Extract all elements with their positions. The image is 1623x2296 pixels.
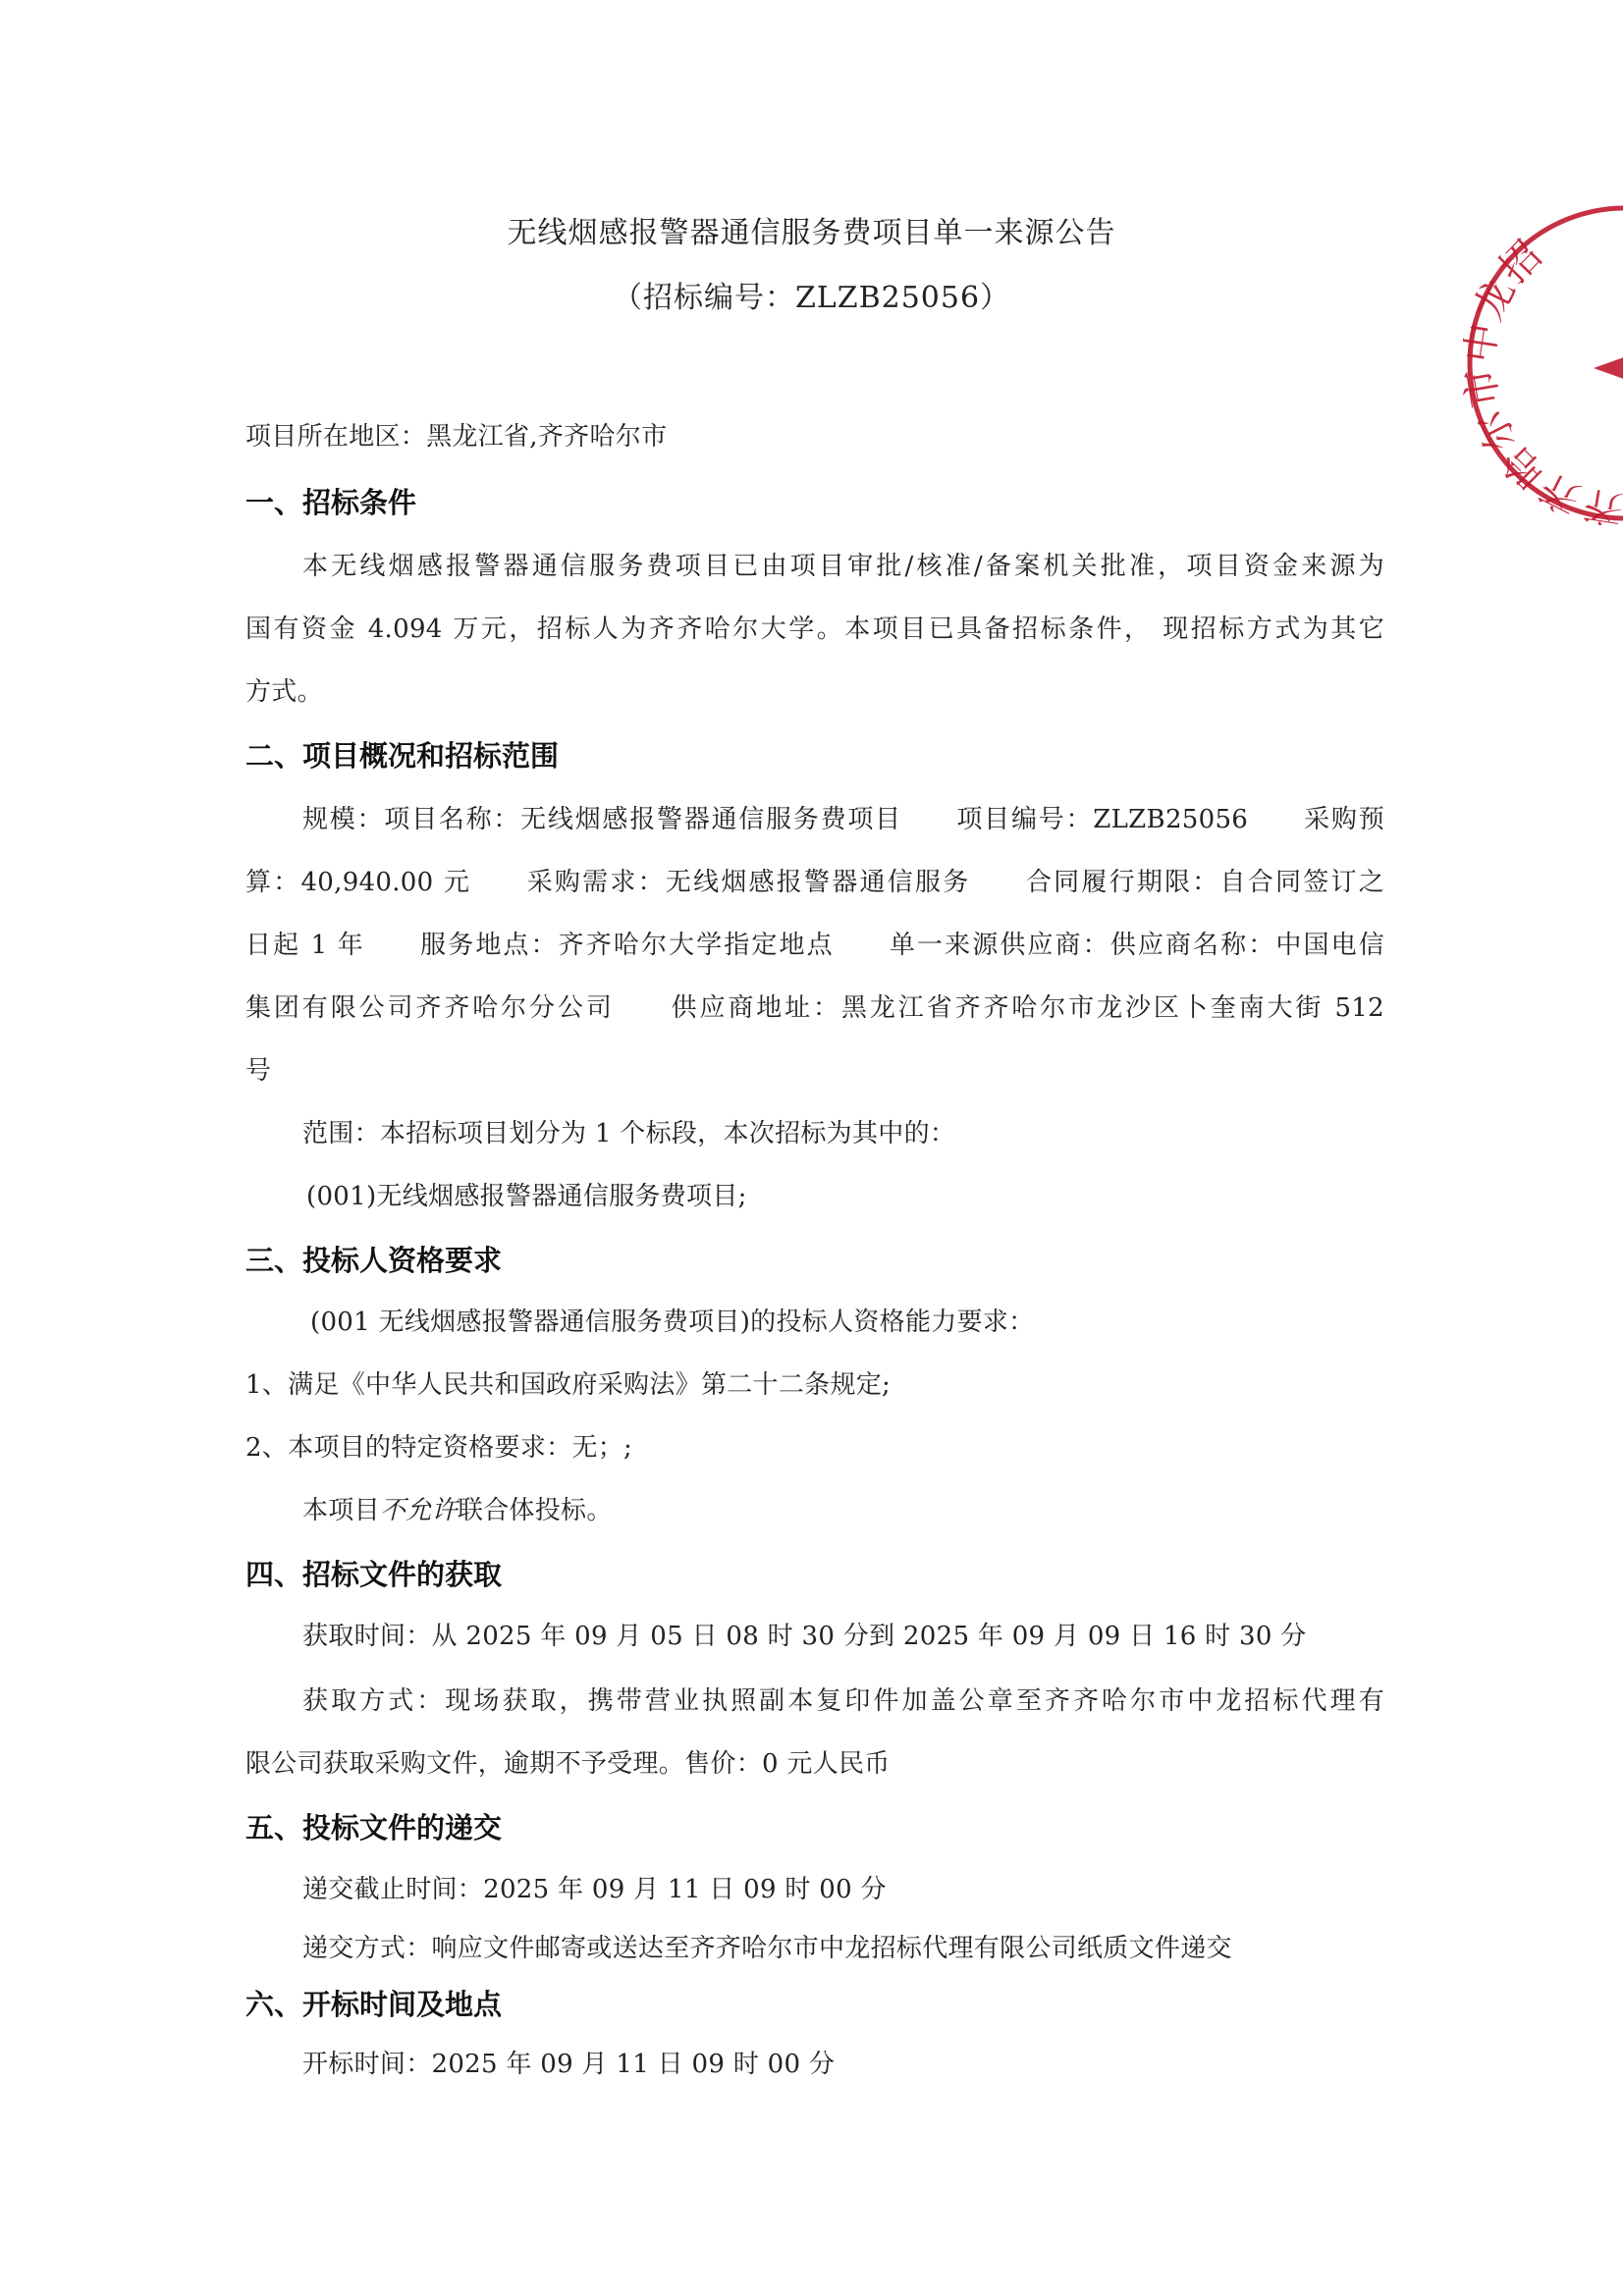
section-1-line-3: 方式。 <box>245 675 1384 709</box>
section-2-line-5: 号 <box>245 1054 1384 1088</box>
section-5-line-2: 递交方式：响应文件邮寄或送达至齐齐哈尔市中龙招标代理有限公司纸质文件递交 <box>302 1932 1441 1965</box>
svg-text:齐齐哈尔市中龙招: 齐齐哈尔市中龙招 <box>1463 232 1623 525</box>
section-2-line-1: 规模：项目名称：无线烟感报警器通信服务费项目 项目编号：ZLZB25056 采购… <box>302 803 1384 836</box>
section-3-line-3: 2、本项目的特定资格要求：无；; <box>245 1431 1384 1465</box>
consortium-suffix: 联合体投标。 <box>458 1496 613 1525</box>
official-seal-icon: 齐齐哈尔市中龙招 <box>1463 201 1623 525</box>
section-1-line-1: 本无线烟感报警器通信服务费项目已由项目审批/核准/备案机关批准，项目资金来源为 <box>302 550 1384 583</box>
section-3-line-2: 1、满足《中华人民共和国政府采购法》第二十二条规定; <box>245 1368 1384 1402</box>
section-heading-6: 六、开标时间及地点 <box>245 1987 502 2022</box>
section-2-line-3: 日起 1 年 服务地点：齐齐哈尔大学指定地点 单一来源供应商：供应商名称：中国电… <box>245 929 1384 962</box>
project-region: 项目所在地区：黑龙江省,齐齐哈尔市 <box>245 420 1384 454</box>
section-5-line-1: 递交截止时间：2025 年 09 月 11 日 09 时 00 分 <box>302 1873 1441 1906</box>
consortium-prefix: 本项目 <box>302 1496 380 1525</box>
section-1-line-2: 国有资金 4.094 万元，招标人为齐齐哈尔大学。本项目已具备招标条件， 现招标… <box>245 613 1384 646</box>
section-6-line-1: 开标时间：2025 年 09 月 11 日 09 时 00 分 <box>302 2048 1441 2081</box>
section-4-line-1: 获取时间：从 2025 年 09 月 05 日 08 时 30 分到 2025 … <box>302 1620 1441 1653</box>
section-heading-3: 三、投标人资格要求 <box>245 1243 502 1278</box>
document-page: 无线烟感报警器通信服务费项目单一来源公告 （招标编号：ZLZB25056） 齐齐… <box>0 0 1623 2296</box>
section-2-lot: (001)无线烟感报警器通信服务费项目; <box>306 1180 1445 1213</box>
consortium-not-allowed: 不允许 <box>380 1496 458 1525</box>
section-4-line-3: 限公司获取采购文件，逾期不予受理。售价：0 元人民币 <box>245 1747 1384 1781</box>
section-2-scope: 范围：本招标项目划分为 1 个标段，本次招标为其中的： <box>302 1117 1441 1150</box>
section-2-line-2: 算：40,940.00 元 采购需求：无线烟感报警器通信服务 合同履行期限：自合… <box>245 866 1384 899</box>
section-heading-1: 一、招标条件 <box>245 485 416 520</box>
section-heading-4: 四、招标文件的获取 <box>245 1557 502 1592</box>
seal-text: 齐齐哈尔市中龙招 <box>1463 232 1623 525</box>
tender-number: （招标编号：ZLZB25056） <box>0 273 1623 316</box>
section-heading-2: 二、项目概况和招标范围 <box>245 738 559 774</box>
section-3-consortium-note: 本项目不允许联合体投标。 <box>302 1494 1441 1527</box>
section-4-line-2: 获取方式：现场获取，携带营业执照副本复印件加盖公章至齐齐哈尔市中龙招标代理有 <box>302 1684 1384 1718</box>
section-heading-5: 五、投标文件的递交 <box>245 1810 502 1845</box>
section-2-line-4: 集团有限公司齐齐哈尔分公司 供应商地址：黑龙江省齐齐哈尔市龙沙区卜奎南大街 51… <box>245 991 1384 1025</box>
document-title: 无线烟感报警器通信服务费项目单一来源公告 <box>0 208 1623 251</box>
section-3-line-1: (001 无线烟感报警器通信服务费项目)的投标人资格能力要求： <box>310 1306 1449 1339</box>
